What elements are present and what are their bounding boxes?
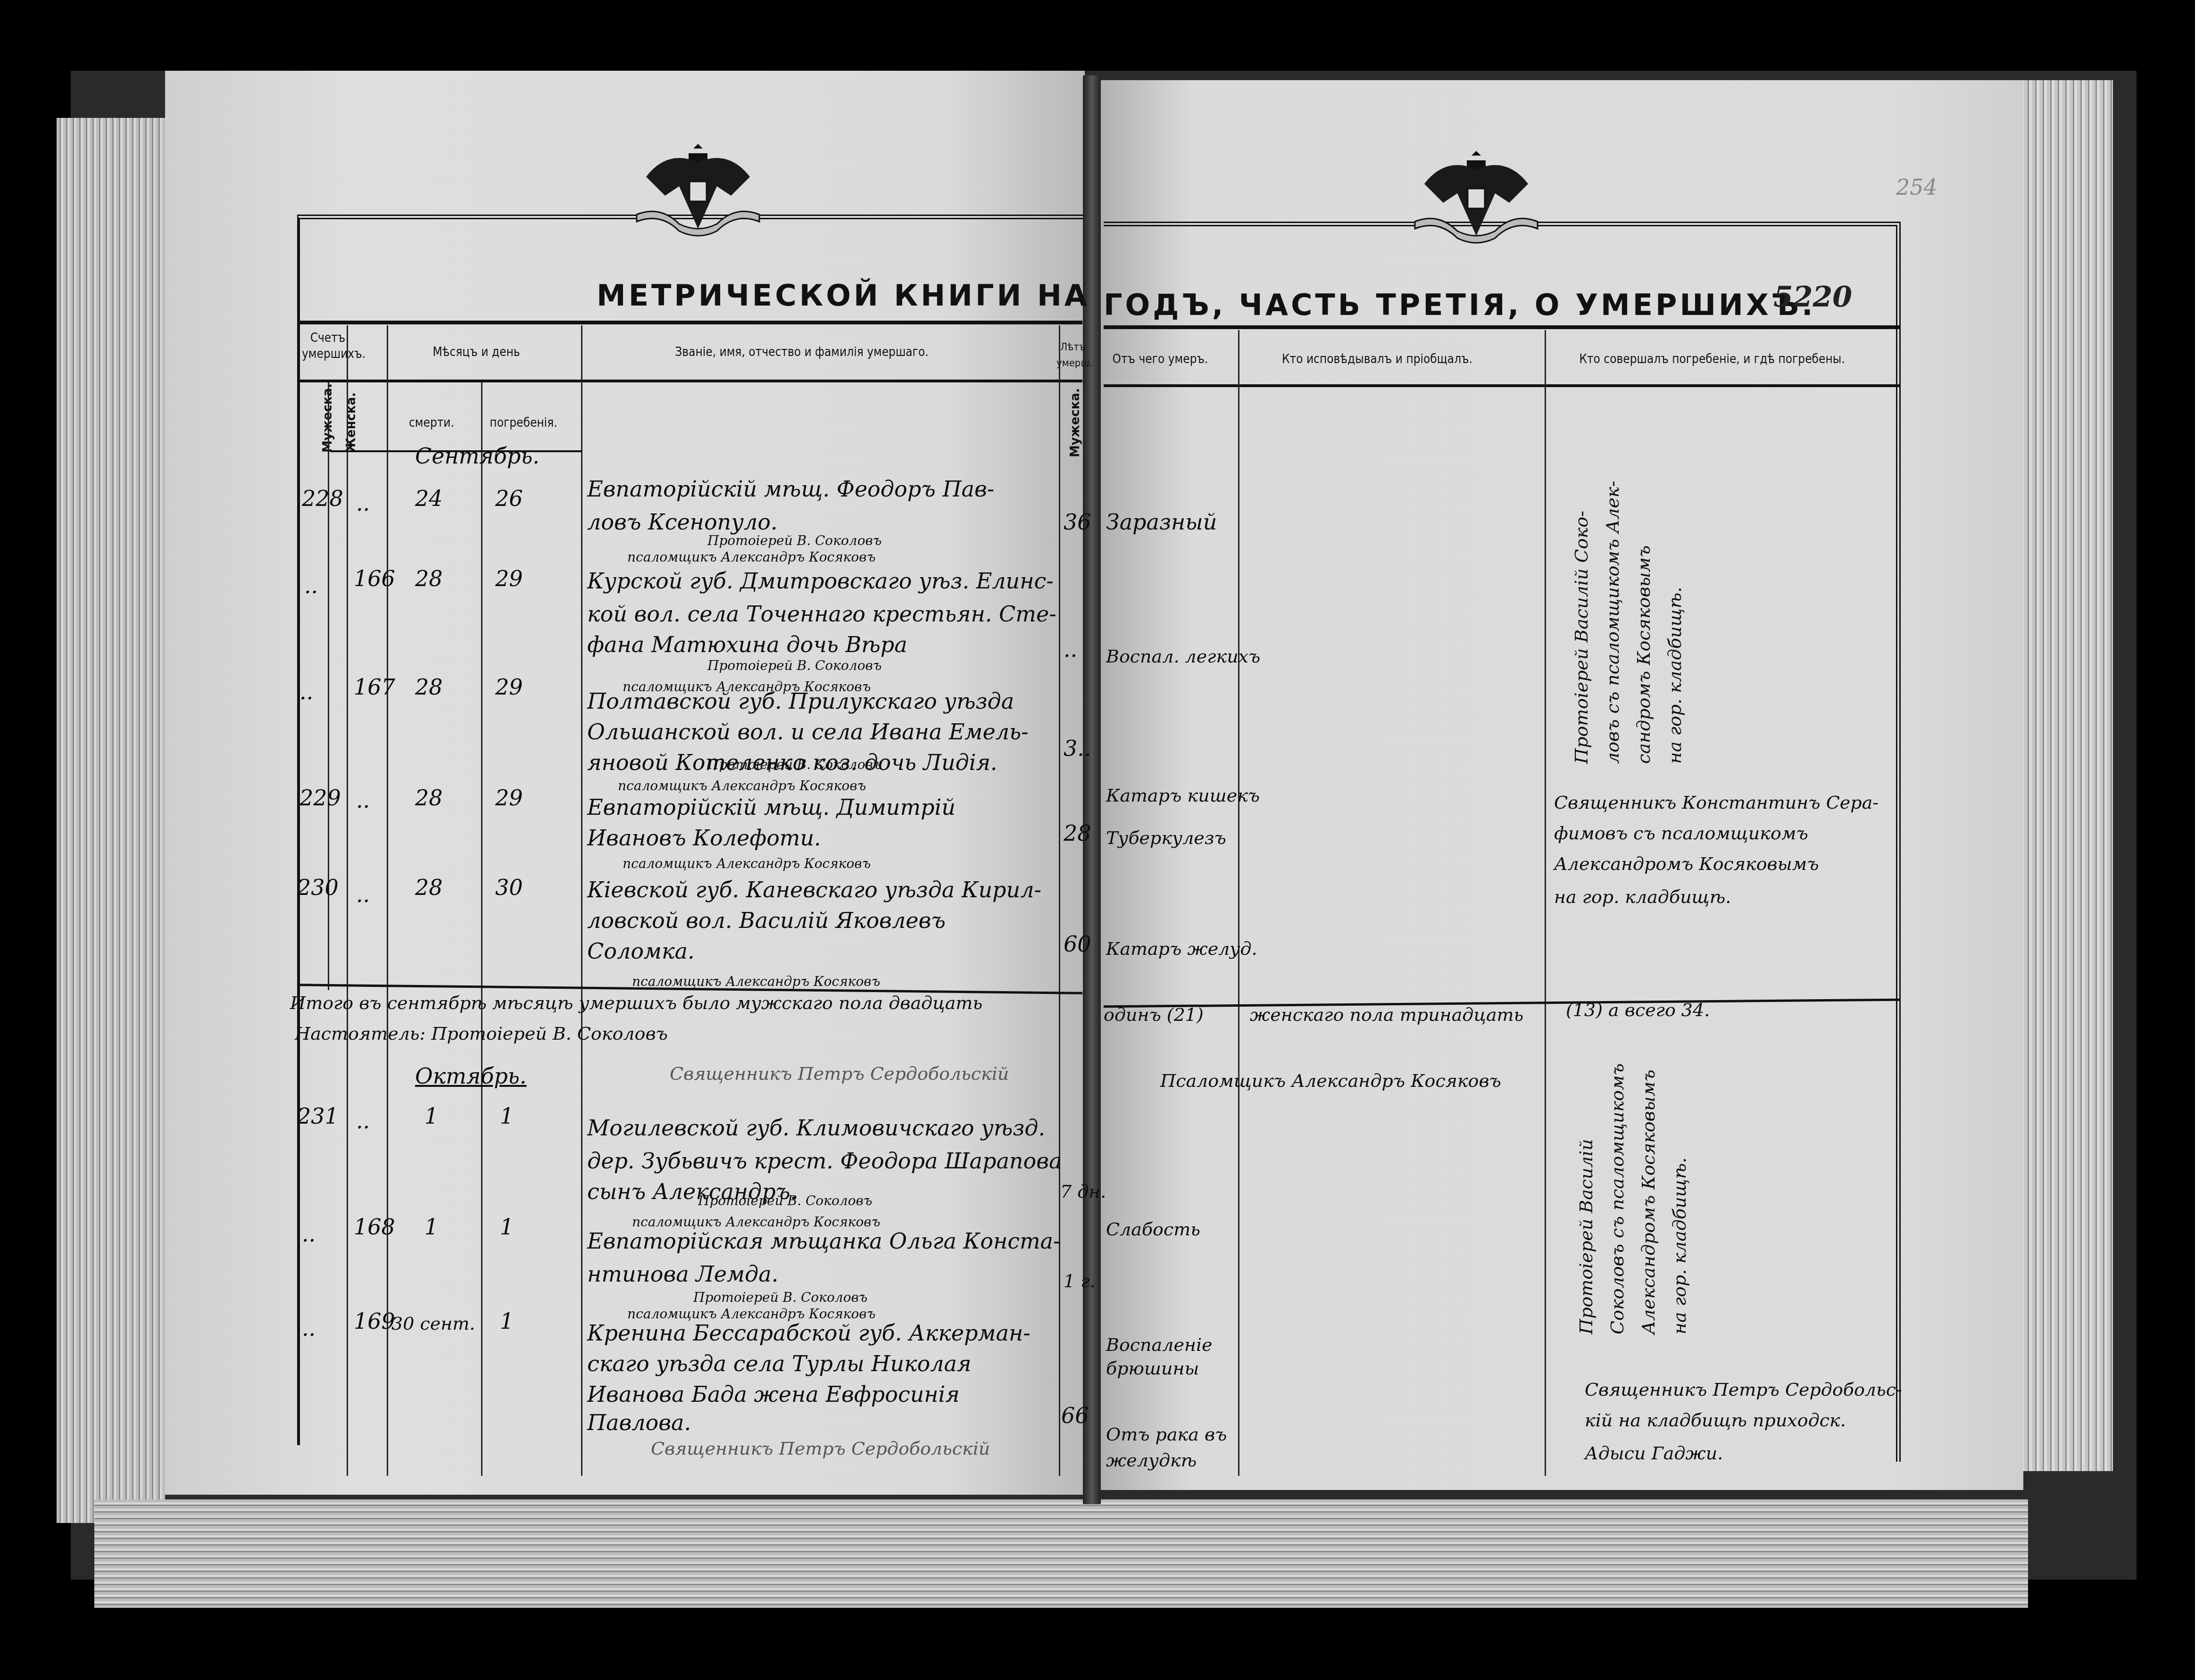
double-headed-eagle-icon [627, 134, 769, 243]
col-divider [1545, 330, 1546, 1476]
record-169-name-line-1: Кренина Бессарабской губ. Аккерман- [587, 1320, 1031, 1346]
summary-priest-signature: Священникъ Петръ Сердобольскій [670, 1063, 1009, 1084]
record-167-male-no: .. [299, 679, 313, 704]
record-231-name-line-1: Могилевской губ. Климовичскаго уѣзд. [587, 1115, 1045, 1141]
record-231-burial-day: 1 [500, 1103, 514, 1129]
record-167-age: 3.. [1064, 736, 1091, 761]
burial-note-229-line-2: фимовъ съ псаломщикомъ [1554, 823, 1808, 844]
col-divider [581, 325, 582, 1476]
record-230-female-no: .. [356, 882, 370, 907]
title-left: МЕТРИЧЕСКОЙ КНИГИ НА [597, 278, 1090, 313]
month-label-september: Сентябрь. [415, 443, 540, 469]
col-confessor-header: Кто исповѣдывалъ и пріобщалъ. [1245, 351, 1509, 367]
page-edges-left [57, 118, 165, 1523]
record-166-female-no: 166 [354, 566, 395, 591]
record-231-name-line-2: дер. Зубьвичъ крест. Феодора Шарапова [587, 1148, 1062, 1174]
record-168-burial-day: 1 [500, 1214, 514, 1240]
record-167-female-no: 167 [354, 674, 395, 700]
record-230-age: 60 [1064, 931, 1091, 957]
record-169-signature: Священникъ Петръ Сердобольскій [651, 1438, 990, 1459]
record-167-name-line-2: Ольшанской вол. и села Ивана Емель- [587, 719, 1029, 745]
record-228-male-no: 228 [302, 486, 343, 511]
extra-cause-line-2: желудкѣ [1106, 1450, 1197, 1471]
record-168-death-day: 1 [424, 1214, 438, 1240]
record-166-male-no: .. [304, 573, 318, 598]
month-label-october: Октябрь. [415, 1063, 526, 1089]
col-count-header: Счетъ умершихъ. [302, 330, 354, 362]
col-divider [1238, 330, 1239, 1476]
record-166-signature: Протоіерей В. Соколовъ [707, 658, 881, 673]
col-divider [1059, 325, 1060, 1476]
col-age-header: Лѣтъ умерш. [1056, 339, 1089, 372]
record-228-name-line-1: Евпаторійскій мѣщ. Феодоръ Пав- [587, 476, 994, 502]
record-167-signature: Протоіерей В. Соколовъ [707, 757, 881, 772]
page-edges-right [2009, 80, 2113, 1471]
burial-note-line: сандромъ Косяковымъ [1633, 546, 1654, 764]
record-229-burial-day: 29 [495, 785, 523, 811]
summary-rector-signature: Настоятель: Протоіерей В. Соколовъ [295, 1023, 668, 1044]
burial-note-169-line-2: кій на кладбищѣ приходск. [1585, 1410, 1846, 1431]
summary-part-2: одинъ (21) [1104, 1004, 1204, 1025]
record-169-burial-day: 1 [500, 1308, 514, 1334]
double-headed-eagle-icon [1405, 141, 1547, 250]
col-age-male-header: Мужеска. [1068, 391, 1082, 457]
record-166-name-line-1: Курской губ. Дмитровскаго уѣз. Елинс- [587, 568, 1054, 594]
record-230-signature: псаломщикъ Александръ Косяковъ [632, 974, 880, 989]
col-month-day-header: Мѣсяцъ и день [387, 344, 566, 360]
col-death-header: смерти. [406, 415, 457, 431]
record-230-death-day: 28 [415, 875, 443, 900]
record-228-cause: Заразный [1106, 509, 1217, 535]
imperial-eagle-crest-right [1405, 141, 1547, 250]
burial-note-229-line-4: на гор. кладбищѣ. [1554, 886, 1731, 907]
summary-part-1: Итого въ сентябрѣ мѣсяцѣ умершихъ было м… [290, 993, 982, 1013]
burial-note-line: Соколовъ съ псаломщикомъ [1607, 1063, 1628, 1334]
record-230-name-line-3: Соломка. [587, 938, 695, 964]
burial-note-line: ловъ съ псаломщикомъ Алек- [1602, 481, 1623, 764]
burial-note-september: Протоіерей Василій Соко- ловъ съ псаломщ… [1566, 377, 1690, 764]
col-divider [347, 325, 348, 1476]
imperial-eagle-crest-left [627, 134, 769, 243]
record-169-female-no: 169 [354, 1308, 395, 1334]
record-166-burial-day: 29 [495, 566, 523, 591]
record-229-cause-note: Катаръ кишекъ [1106, 785, 1260, 806]
record-169-male-no: .. [302, 1316, 316, 1341]
record-168-psalmist-note: псаломщикъ Александръ Косяковъ [632, 1214, 880, 1230]
record-167-burial-day: 29 [495, 674, 523, 700]
record-229-name-line-1: Евпаторійскій мѣщ. Димитрій [587, 794, 956, 820]
burial-note-line: Протоіерей Василій Соко- [1571, 511, 1592, 764]
record-231-female-no: .. [356, 1108, 370, 1134]
burial-note-line: на гор. кладбищѣ. [1669, 1158, 1690, 1334]
record-168-age: 1 г. [1064, 1271, 1096, 1291]
record-169-name-line-2: скаго уѣзда села Турлы Николая [587, 1351, 971, 1376]
record-230-name-line-1: Кіевской губ. Каневскаго уѣзда Кирил- [587, 877, 1041, 902]
record-230-name-line-2: ловской вол. Василій Яковлевъ [587, 908, 946, 933]
page-edges-bottom [94, 1499, 2028, 1608]
record-167-name-line-1: Полтавской губ. Прилукскаго уѣзда [587, 688, 1014, 714]
summary-psalmist-signature: Псаломщикъ Александръ Косяковъ [1160, 1070, 1501, 1091]
burial-note-october: Протоіерей Василій Соколовъ съ псаломщик… [1571, 1042, 1695, 1334]
record-231-age: 7 дн. [1060, 1181, 1106, 1202]
title-right: ГОДЪ, ЧАСТЬ ТРЕТІЯ, О УМЕРШИХЪ. [1104, 288, 1816, 322]
burial-note-line: Протоіерей Василій [1576, 1139, 1596, 1334]
record-169-age: 66 [1061, 1403, 1089, 1428]
record-230-burial-day: 30 [495, 875, 523, 900]
record-169-cause-line-1: Воспаленіе [1106, 1334, 1213, 1355]
burial-note-line: Александромъ Косяковымъ [1638, 1069, 1659, 1334]
burial-note-229-line-3: Александромъ Косяковымъ [1554, 853, 1819, 874]
record-230-cause: Катаръ желуд. [1106, 938, 1257, 959]
col-divider [387, 325, 388, 1476]
record-168-male-no: .. [302, 1221, 316, 1247]
record-166-name-line-3: фана Матюхина дочь Вѣра [587, 632, 907, 657]
record-169-cause-line-2: брюшины [1106, 1358, 1199, 1379]
record-229-psalmist-note: псаломщикъ Александръ Косяковъ [618, 778, 866, 794]
record-228-death-day: 24 [415, 486, 443, 511]
col-name-header: Званіе, имя, отчество и фамилія умершаго… [590, 344, 1014, 360]
pencil-page-number: 254 [1896, 174, 1937, 200]
record-168-name-line-1: Евпаторійская мѣщанка Ольга Конста- [587, 1228, 1061, 1254]
col-burial-header: погребенія. [481, 415, 566, 431]
burial-note-229-line-1: Священникъ Константинъ Сера- [1554, 792, 1879, 813]
record-230-male-no: 230 [297, 875, 339, 900]
title-rule-left [297, 321, 1082, 324]
record-229-age: 28 [1064, 820, 1091, 846]
record-169-psalmist-note: псаломщикъ Александръ Косяковъ [627, 1306, 875, 1322]
record-168-cause: Слабость [1106, 1219, 1200, 1240]
record-231-male-no: 231 [297, 1103, 339, 1129]
record-169-name-line-3: Иванова Бада жена Евфросинія [587, 1382, 960, 1407]
record-168-name-line-2: нтинова Лемда. [587, 1261, 778, 1287]
burial-note-line: на гор. кладбищѣ. [1664, 587, 1685, 764]
extra-cause-line-1: Отъ рака въ [1106, 1424, 1227, 1445]
record-166-name-line-2: кой вол. села Точеннаго крестьян. Сте- [587, 601, 1056, 627]
record-229-death-day: 28 [415, 785, 443, 811]
record-228-name-line-2: ловъ Ксенопуло. [587, 509, 778, 535]
record-229-male-no: 229 [299, 785, 341, 811]
summary-part-3: женскаго пола тринадцать [1250, 1004, 1523, 1025]
title-rule-right [1104, 325, 1901, 329]
record-166-age: .. [1064, 637, 1077, 662]
header-rule-left [297, 380, 1082, 382]
record-169-name-line-4: Павлова. [587, 1410, 691, 1435]
col-burial-by-header: Кто совершалъ погребеніе, и гдѣ погребен… [1547, 351, 1877, 367]
record-229-cause: Туберкулезъ [1106, 828, 1226, 848]
record-228-signature: Протоіерей В. Соколовъ [707, 533, 881, 548]
record-228-age: 36 [1064, 509, 1091, 535]
burial-note-169-line-1: Священникъ Петръ Сердобольс- [1585, 1379, 1902, 1400]
col-cause-header: Отъ чего умеръ. [1106, 351, 1214, 367]
record-168-priest-note: Протоіерей В. Соколовъ [698, 1193, 872, 1208]
record-168-female-no: 168 [354, 1214, 395, 1240]
record-166-cause: Воспал. легкихъ [1106, 646, 1260, 667]
summary-part-4: (13) а всего 34. [1566, 1000, 1710, 1020]
record-228-burial-day: 26 [495, 486, 523, 511]
record-166-psalmist-note: псаломщикъ Александръ Косяковъ [627, 549, 875, 565]
page-stamp-number: 5220 [1773, 281, 1852, 314]
record-169-death-day: 30 сент. [391, 1313, 475, 1334]
record-230-psalmist-note: псаломщикъ Александръ Косяковъ [623, 856, 871, 871]
header-rule-right [1104, 384, 1901, 387]
record-169-priest-note: Протоіерей В. Соколовъ [693, 1290, 867, 1305]
record-166-death-day: 28 [415, 566, 443, 591]
record-231-death-day: 1 [424, 1103, 438, 1129]
record-228-female-no: .. [356, 490, 370, 516]
col-divider [481, 382, 482, 1476]
record-229-name-line-2: Ивановъ Колефоти. [587, 825, 821, 851]
record-229-female-no: .. [356, 787, 370, 813]
record-167-death-day: 28 [415, 674, 443, 700]
burial-note-169-line-3: Адыси Гаджи. [1585, 1443, 1723, 1464]
